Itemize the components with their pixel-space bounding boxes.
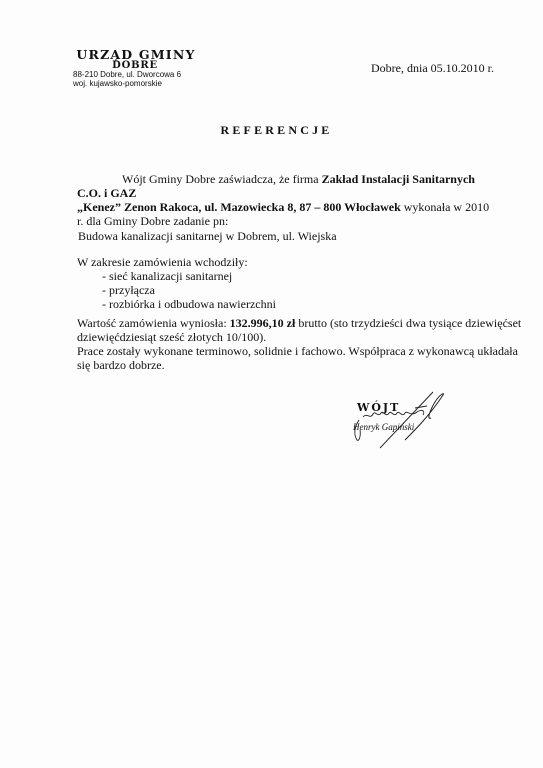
- task-name: Budowa kanalizacji sanitarnej w Dobrem, …: [78, 229, 498, 243]
- stamp-address-line1: 88-210 Dobre, ul. Dworcowa 6: [73, 70, 210, 79]
- document-title: REFERENCJE: [0, 123, 543, 138]
- stamp-address-line2: woj. kujawsko-pomorskie: [73, 79, 210, 88]
- certification-paragraph: Wójt Gminy Dobre zaświadcza, że firma Za…: [77, 172, 497, 228]
- stamp-subtitle: DOBRE: [60, 61, 210, 70]
- document-date: Dobre, dnia 05.10.2010 r.: [371, 61, 494, 76]
- contract-amount: 132.996,10 zł: [230, 316, 296, 330]
- handwritten-signature-icon: [345, 390, 455, 450]
- value-prefix: Wartość zamówienia wyniosła:: [77, 316, 230, 330]
- value-paragraph: Wartość zamówienia wyniosła: 132.996,10 …: [77, 316, 497, 372]
- signature-title: WÓJT: [357, 401, 400, 414]
- value-line-2: dziewięćdziesiąt sześć złotych 10/100).: [77, 330, 497, 344]
- value-line-4: się bardzo dobrze.: [77, 358, 497, 372]
- scope-item: - sieć kanalizacji sanitarnej: [77, 269, 497, 283]
- value-line-3: Prace zostały wykonane terminowo, solidn…: [77, 344, 497, 358]
- scope-section: W zakresie zamówienia wchodziły: - sieć …: [77, 255, 497, 311]
- scope-item: - przyłącza: [77, 283, 497, 297]
- office-stamp: URZĄD GMINY DOBRE 88-210 Dobre, ul. Dwor…: [70, 48, 210, 88]
- scope-item: - rozbiórka i odbudowa nawierzchni: [77, 297, 497, 311]
- scope-heading: W zakresie zamówienia wchodziły:: [77, 255, 497, 269]
- value-line-1: Wartość zamówienia wyniosła: 132.996,10 …: [77, 316, 497, 330]
- value-suffix: brutto (sto trzydzieści dwa tysiące dzie…: [295, 316, 521, 330]
- signature-name: Henryk Gapiński: [353, 422, 414, 432]
- company-address: „Kenez” Zenon Rakoca, ul. Mazowiecka 8, …: [77, 200, 401, 214]
- signature-block: WÓJT Henryk Gapiński: [345, 390, 455, 450]
- paragraph-intro: Wójt Gminy Dobre zaświadcza, że firma: [122, 172, 322, 186]
